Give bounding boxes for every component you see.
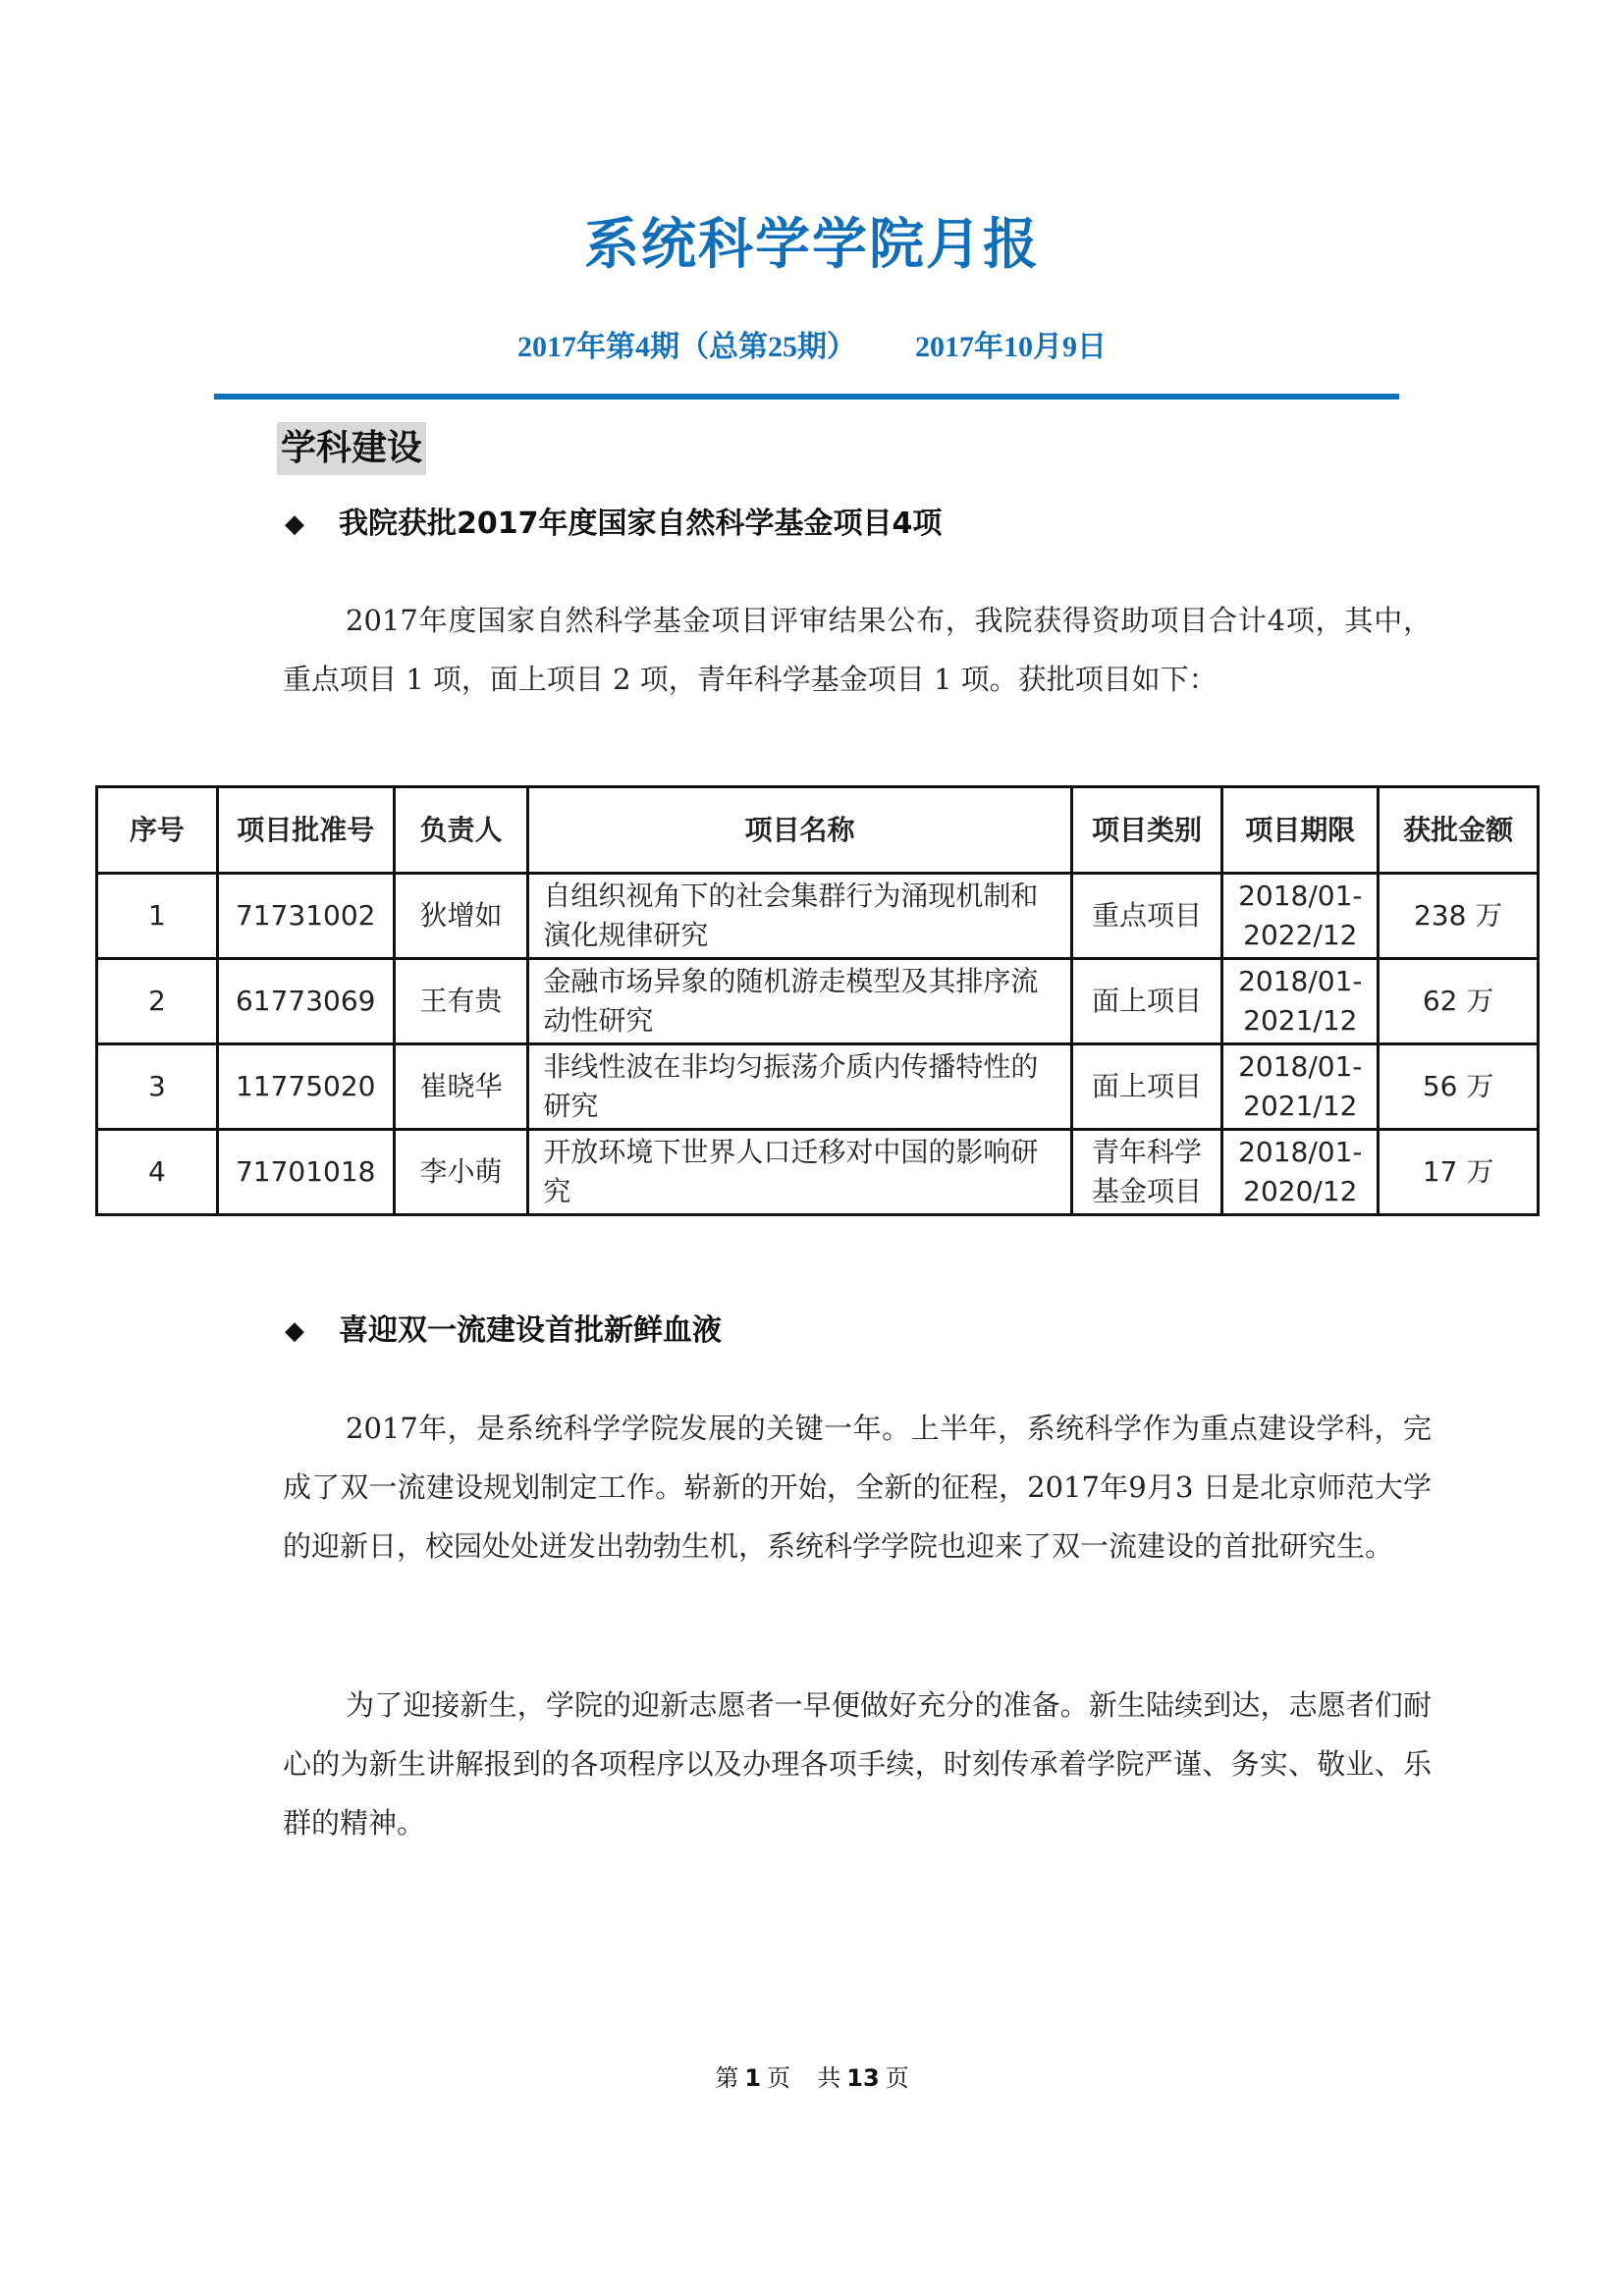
header-period: 项目期限 <box>1222 787 1379 874</box>
article2-heading: ◆ 喜迎双一流建设首批新鲜血液 <box>285 1311 722 1351</box>
issue-line: 2017年第4期（总第25期）2017年10月9日 <box>0 322 1624 365</box>
cell-pi: 王有贵 <box>394 959 528 1044</box>
table-row: 4 71701018 李小萌 开放环境下世界人口迁移对中国的影响研究 青年科学基… <box>97 1130 1539 1215</box>
current-page: 1 <box>744 2064 761 2092</box>
table-row: 2 61773069 王有贵 金融市场异象的随机游走模型及其排序流动性研究 面上… <box>97 959 1539 1044</box>
cell-name: 金融市场异象的随机游走模型及其排序流动性研究 <box>528 959 1071 1044</box>
cell-pi: 李小萌 <box>394 1130 528 1215</box>
cell-amount: 238 万 <box>1379 874 1539 959</box>
header-divider <box>214 394 1399 400</box>
cell-id: 71701018 <box>217 1130 394 1215</box>
cell-no: 2 <box>97 959 218 1044</box>
header-id: 项目批准号 <box>217 787 394 874</box>
table-header-row: 序号 项目批准号 负责人 项目名称 项目类别 项目期限 获批金额 <box>97 787 1539 874</box>
header-name: 项目名称 <box>528 787 1071 874</box>
article2-paragraph-2: 为了迎接新生，学院的迎新志愿者一早便做好充分的准备。新生陆续到达，志愿者们耐心的… <box>283 1676 1432 1852</box>
header-amount: 获批金额 <box>1379 787 1539 874</box>
cell-no: 1 <box>97 874 218 959</box>
cell-period: 2018/01-2021/12 <box>1222 959 1379 1044</box>
header-type: 项目类别 <box>1071 787 1222 874</box>
cell-no: 3 <box>97 1044 218 1130</box>
newsletter-title: 系统科学学院月报 <box>0 201 1624 280</box>
cell-pi: 崔晓华 <box>394 1044 528 1130</box>
cell-amount: 62 万 <box>1379 959 1539 1044</box>
header-no: 序号 <box>97 787 218 874</box>
cell-name: 非线性波在非均匀振荡介质内传播特性的研究 <box>528 1044 1071 1130</box>
cell-period: 2018/01-2020/12 <box>1222 1130 1379 1215</box>
cell-id: 71731002 <box>217 874 394 959</box>
article1-paragraph: 2017年度国家自然科学基金项目评审结果公布，我院获得资助项目合计4项，其中，重… <box>283 591 1432 709</box>
table-row: 1 71731002 狄增如 自组织视角下的社会集群行为涌现机制和演化规律研究 … <box>97 874 1539 959</box>
cell-amount: 56 万 <box>1379 1044 1539 1130</box>
diamond-bullet-icon: ◆ <box>285 505 339 544</box>
page-footer: 第1页 共13页 <box>0 2058 1624 2093</box>
cell-type: 青年科学基金项目 <box>1071 1130 1222 1215</box>
table-row: 3 11775020 崔晓华 非线性波在非均匀振荡介质内传播特性的研究 面上项目… <box>97 1044 1539 1130</box>
diamond-bullet-icon: ◆ <box>285 1311 339 1351</box>
cell-period: 2018/01-2021/12 <box>1222 1044 1379 1130</box>
issue-number: 2017年第4期（总第25期） <box>517 322 856 365</box>
cell-id: 61773069 <box>217 959 394 1044</box>
cell-amount: 17 万 <box>1379 1130 1539 1215</box>
cell-id: 11775020 <box>217 1044 394 1130</box>
cell-period: 2018/01-2022/12 <box>1222 874 1379 959</box>
article1-heading: ◆ 我院获批2017年度国家自然科学基金项目4项 <box>285 505 942 544</box>
cell-name: 自组织视角下的社会集群行为涌现机制和演化规律研究 <box>528 874 1071 959</box>
cell-no: 4 <box>97 1130 218 1215</box>
article1-title: 我院获批2017年度国家自然科学基金项目4项 <box>339 505 942 544</box>
section-heading: 学科建设 <box>277 422 426 475</box>
cell-type: 面上项目 <box>1071 1044 1222 1130</box>
article2-paragraph-1: 2017年，是系统科学学院发展的关键一年。上半年，系统科学作为重点建设学科，完成… <box>283 1399 1432 1575</box>
article2-title: 喜迎双一流建设首批新鲜血液 <box>339 1311 722 1351</box>
total-pages: 13 <box>846 2064 879 2092</box>
cell-type: 重点项目 <box>1071 874 1222 959</box>
grants-table: 序号 项目批准号 负责人 项目名称 项目类别 项目期限 获批金额 1 71731… <box>95 785 1540 1216</box>
cell-pi: 狄增如 <box>394 874 528 959</box>
issue-date: 2017年10月9日 <box>915 322 1107 365</box>
cell-name: 开放环境下世界人口迁移对中国的影响研究 <box>528 1130 1071 1215</box>
cell-type: 面上项目 <box>1071 959 1222 1044</box>
header-pi: 负责人 <box>394 787 528 874</box>
